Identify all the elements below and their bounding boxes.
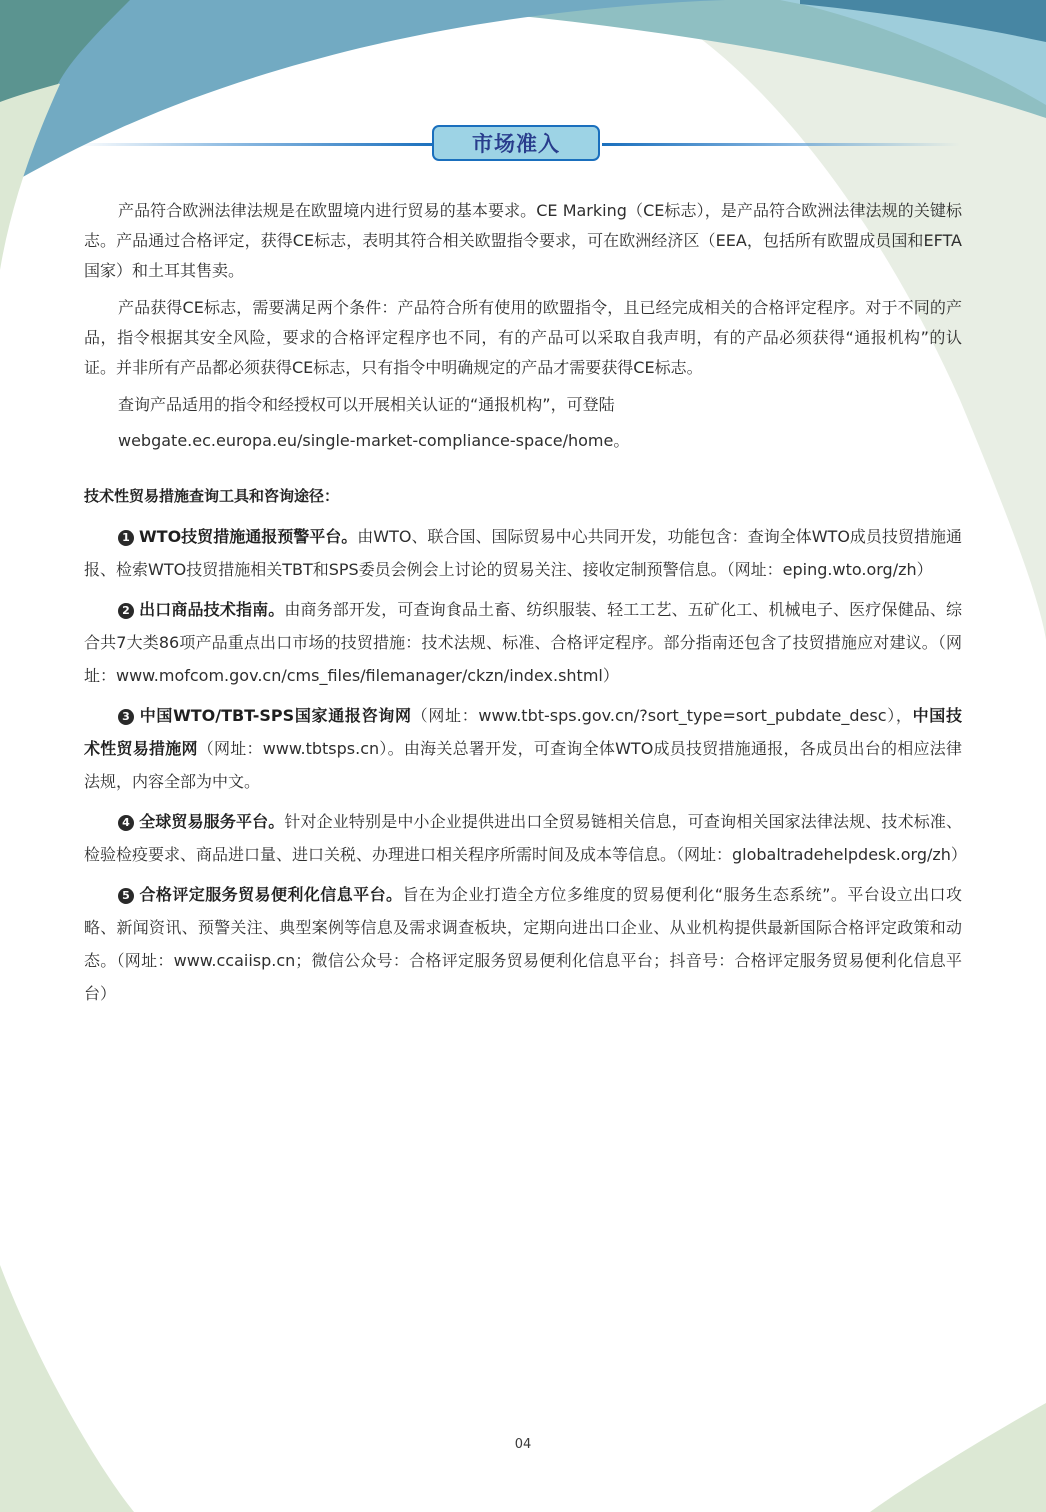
tool-item-3: 3中国WTO/TBT-SPS国家通报咨询网（网址：www.tbt-sps.gov…	[84, 699, 962, 798]
title-box: 市场准入	[432, 125, 600, 161]
main-content: 产品符合欧洲法律法规是在欧盟境内进行贸易的基本要求。CE Marking（CE标…	[84, 196, 962, 1017]
circled-number-2-icon: 2	[118, 603, 134, 619]
tool-item-title: 全球贸易服务平台。	[139, 812, 284, 831]
tool-item-4: 4全球贸易服务平台。针对企业特别是中小企业提供进出口全贸易链相关信息，可查询相关…	[84, 805, 962, 871]
circled-number-5-icon: 5	[118, 888, 134, 904]
circled-number-1-icon: 1	[118, 530, 134, 546]
tool-item-2: 2出口商品技术指南。由商务部开发，可查询食品土畜、纺织服装、轻工工艺、五矿化工、…	[84, 593, 962, 692]
tool-item-title: 中国WTO/TBT-SPS国家通报咨询网	[139, 706, 412, 725]
tool-item-title: WTO技贸措施通报预警平台。	[139, 527, 357, 546]
section-title-banner: 市场准入	[75, 124, 960, 164]
tool-item-1: 1WTO技贸措施通报预警平台。由WTO、联合国、国际贸易中心共同开发，功能包含：…	[84, 520, 962, 586]
tool-item-description: （网址：www.tbt-sps.gov.cn/?sort_type=sort_p…	[412, 706, 913, 725]
document-page: 市场准入 产品符合欧洲法律法规是在欧盟境内进行贸易的基本要求。CE Markin…	[0, 0, 1046, 1512]
eu-compliance-url: webgate.ec.europa.eu/single-market-compl…	[84, 426, 962, 456]
circled-number-4-icon: 4	[118, 815, 134, 831]
intro-paragraph-3: 查询产品适用的指令和经授权可以开展相关认证的“通报机构”，可登陆	[84, 390, 962, 420]
tool-item-title: 出口商品技术指南。	[139, 600, 284, 619]
title-divider-left	[75, 143, 435, 146]
page-number: 04	[0, 1437, 1046, 1452]
tool-item-title: 合格评定服务贸易便利化信息平台。	[139, 885, 402, 904]
title-divider-right	[602, 143, 960, 146]
tool-item-5: 5合格评定服务贸易便利化信息平台。旨在为企业打造全方位多维度的贸易便利化“服务生…	[84, 878, 962, 1010]
page-title: 市场准入	[472, 128, 560, 158]
intro-paragraph-1: 产品符合欧洲法律法规是在欧盟境内进行贸易的基本要求。CE Marking（CE标…	[84, 196, 962, 286]
tool-item-description-secondary: （网址：www.tbtsps.cn）。由海关总署开发，可查询全体WTO成员技贸措…	[84, 739, 962, 791]
circled-number-3-icon: 3	[118, 709, 134, 725]
tools-section-heading: 技术性贸易措施查询工具和咨询途径：	[84, 484, 962, 508]
intro-paragraph-2: 产品获得CE标志，需要满足两个条件：产品符合所有使用的欧盟指令，且已经完成相关的…	[84, 293, 962, 383]
